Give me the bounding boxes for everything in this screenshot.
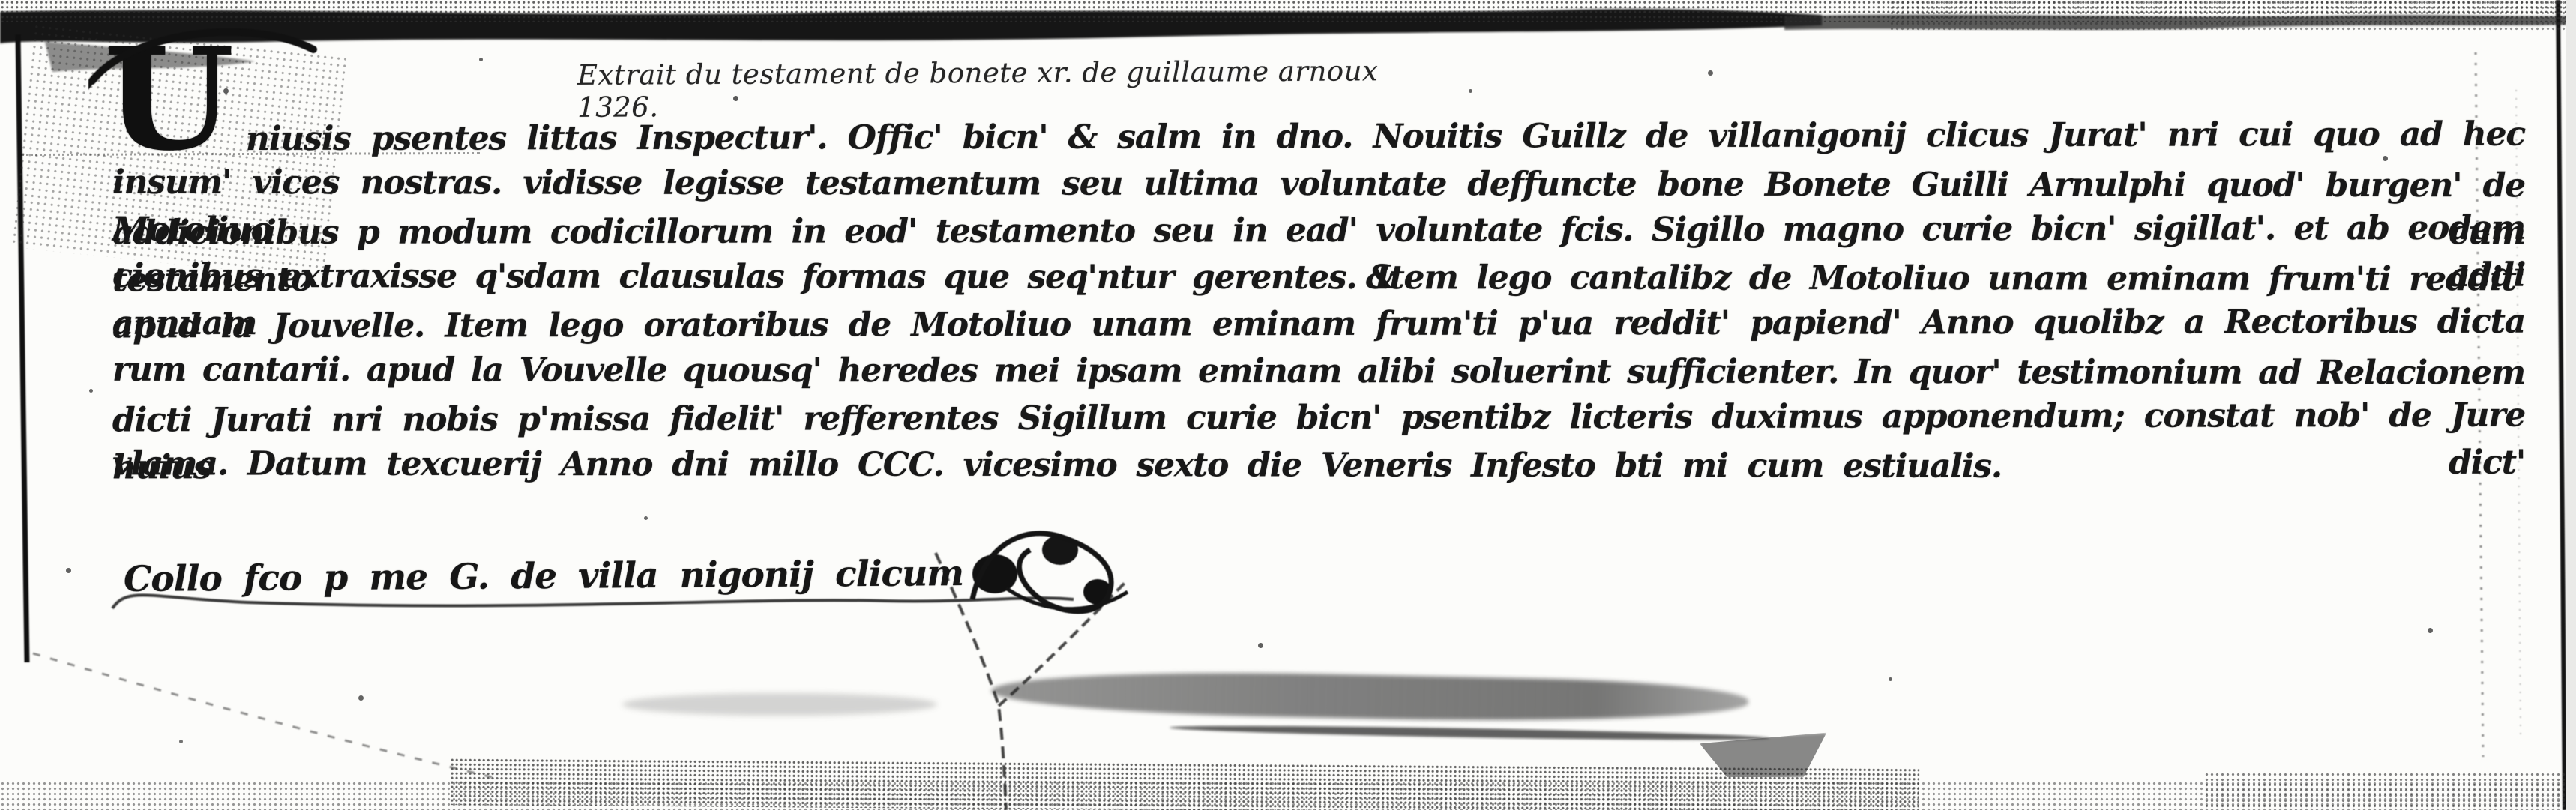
- scan-right-margin: [2566, 0, 2576, 810]
- bottom-left-crease: [33, 653, 495, 778]
- scanned-charter: Extrait du testament de bonete xr. de gu…: [0, 0, 2576, 810]
- body-line: addicionibus p modum codicillorum in eod…: [112, 205, 2525, 257]
- halftone-texture-bottom-right: [2204, 772, 2576, 810]
- initial-swash-flourish: [88, 22, 328, 97]
- body-line: dicti Jurati nri nobis p'missa fidelit' …: [112, 393, 2525, 444]
- body-line-datum: vlama. Datum texcuerij Anno dni millo CC…: [112, 441, 2002, 490]
- notary-signature: Collo fco p me G. de villa nigonij clicu…: [124, 553, 963, 600]
- document-right-edge: [2558, 0, 2565, 810]
- body-line: niusis psentes littas Inspectur'. Offic'…: [112, 112, 2525, 163]
- notary-paraph-icon: [961, 516, 1141, 635]
- faint-smudge: [622, 693, 937, 716]
- body-line: apud la Jouvelle. Item lego oratoribus d…: [112, 299, 2525, 351]
- body-line: insum' vices nostras. vidisse legisse te…: [112, 159, 2525, 209]
- body-line: rum cantarii. apud la Vouvelle quousq' h…: [112, 346, 2525, 396]
- paper-specks: [0, 0, 2, 2]
- body-line: cionibus extraxisse q'sdam clausulas for…: [112, 253, 2525, 303]
- charter-text-block: niusis psentes littas Inspectur'. Offic'…: [112, 114, 2525, 489]
- halftone-texture-top-right: [1889, 0, 2576, 31]
